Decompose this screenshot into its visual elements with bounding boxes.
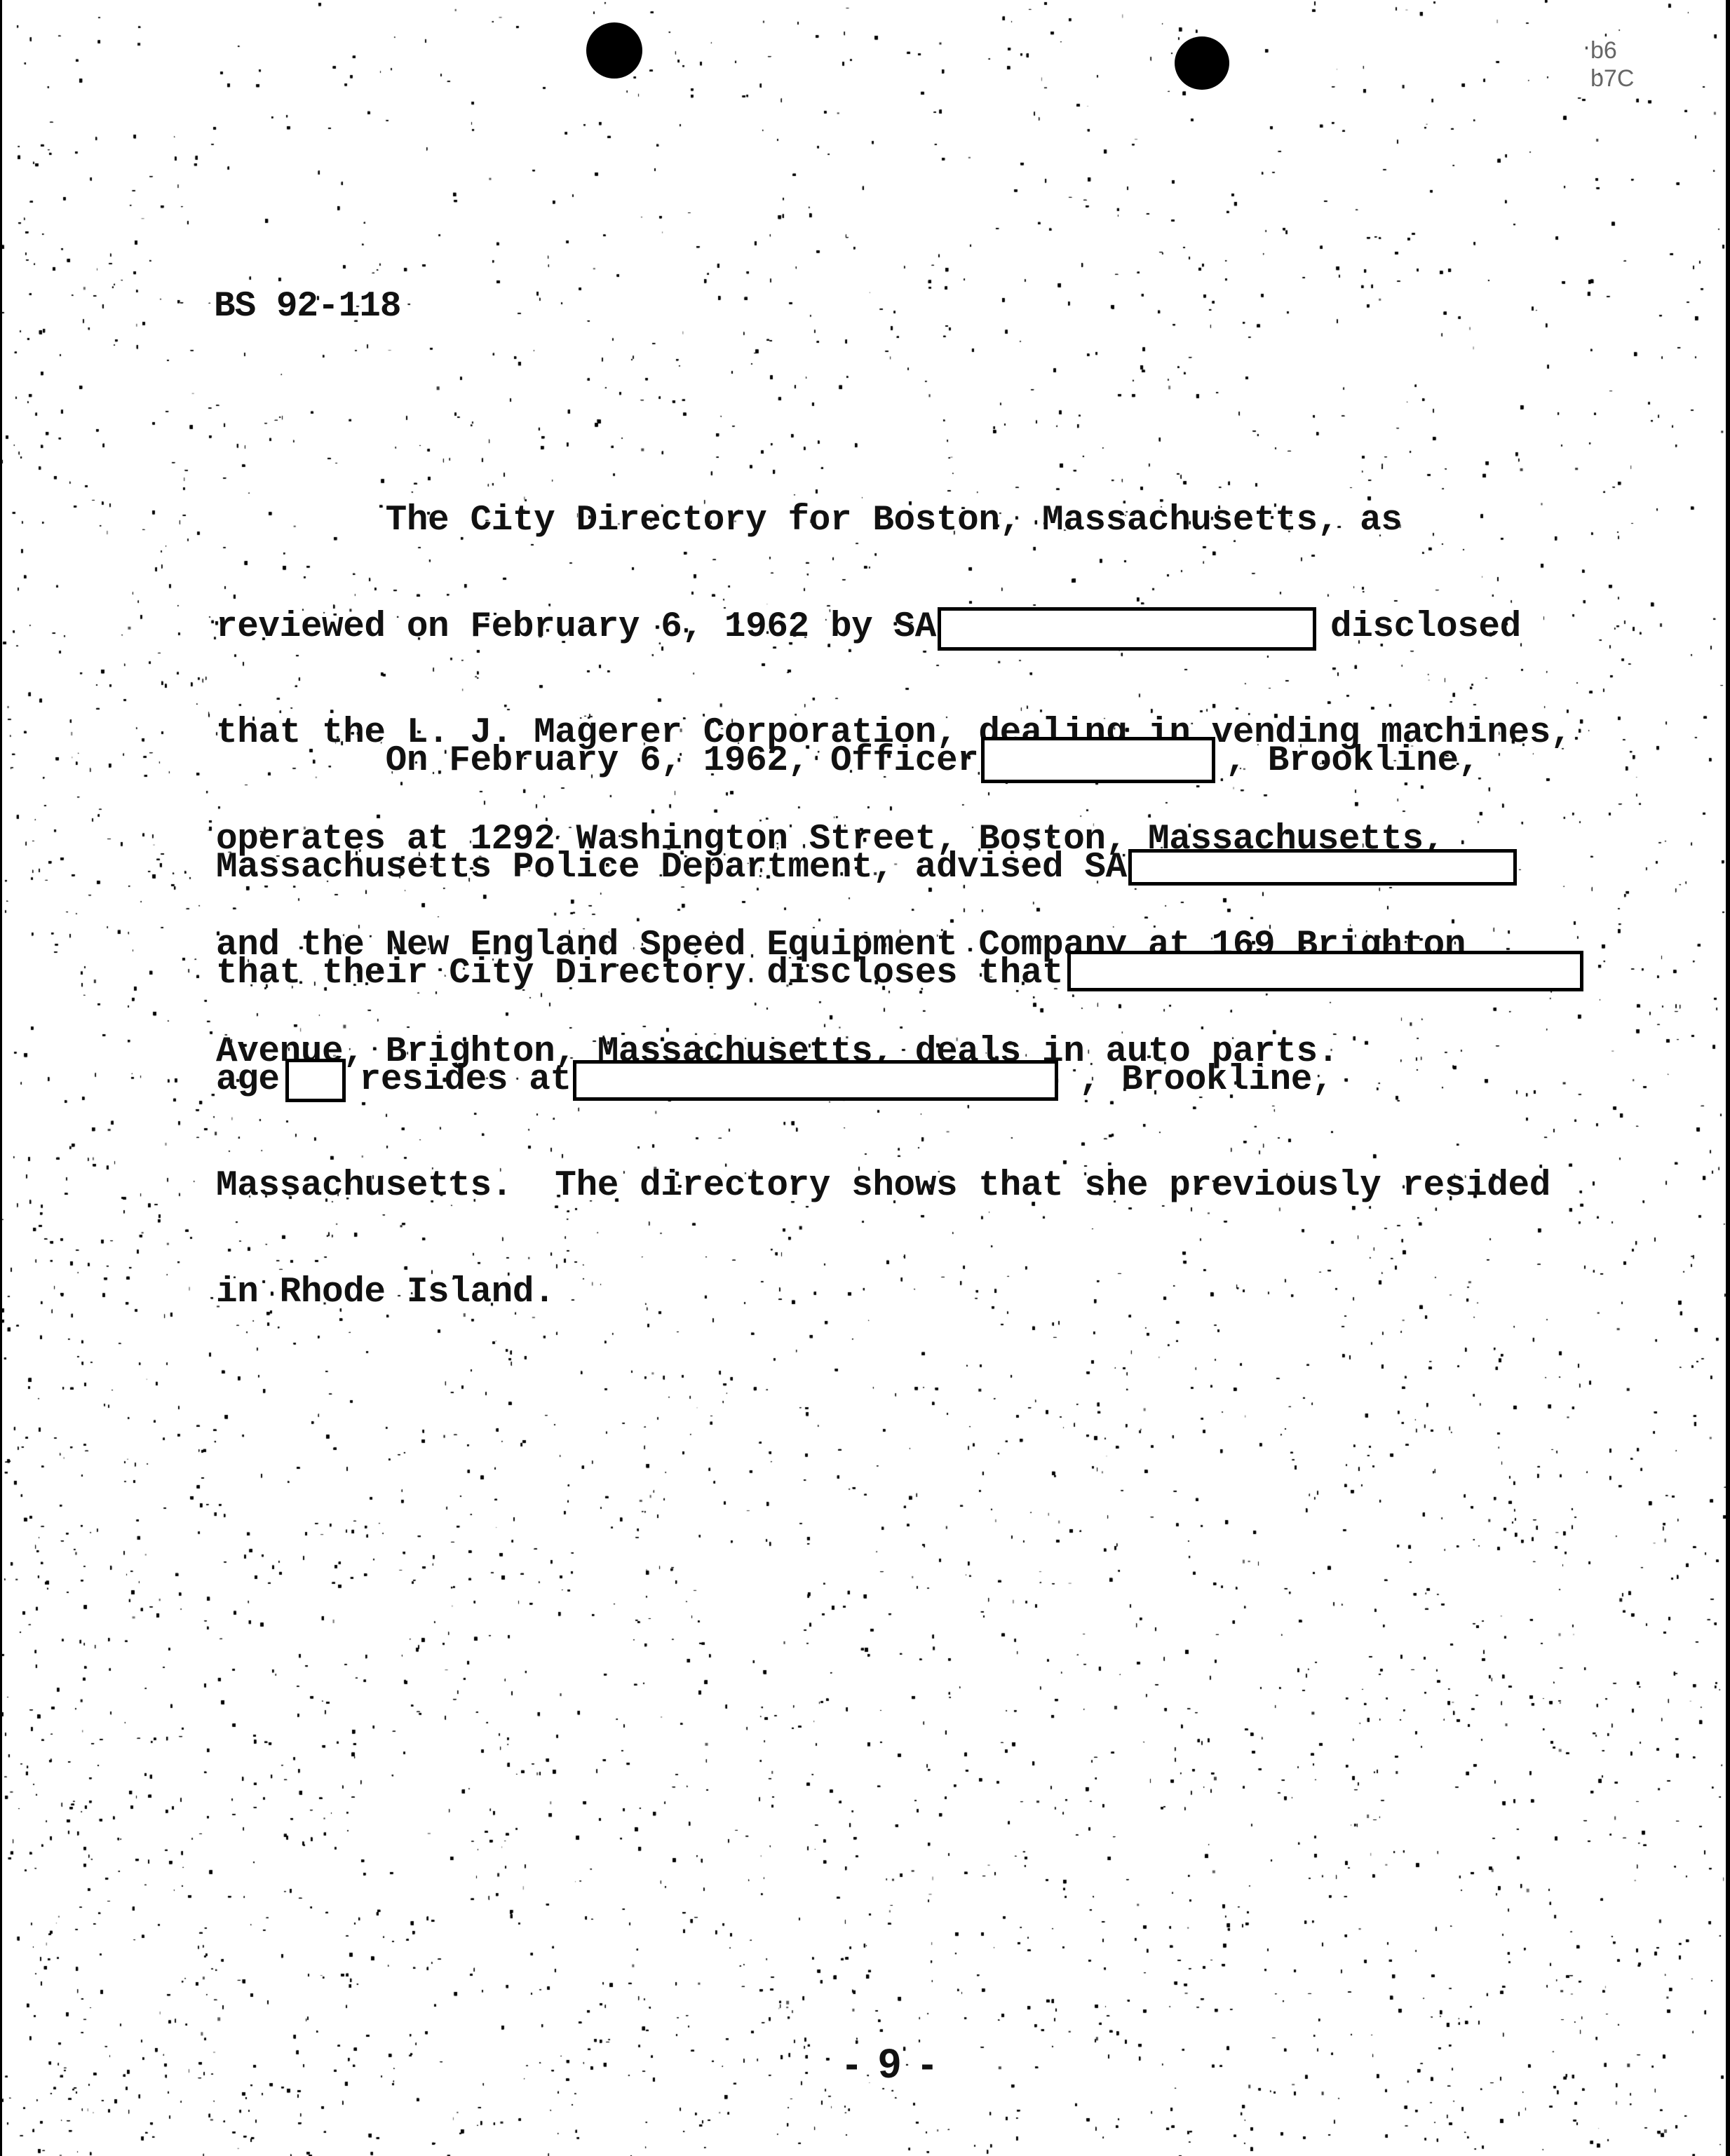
file-number: BS 92-118 xyxy=(214,286,400,328)
text-segment: age xyxy=(216,1060,280,1100)
redaction-box-officer-name xyxy=(981,737,1215,783)
scan-edge-right xyxy=(1726,0,1730,2156)
text-line: The City Directory for Boston, Massachus… xyxy=(216,503,1572,539)
text-segment: resides at xyxy=(360,1060,572,1100)
text-line: Massachusetts. The directory shows that … xyxy=(216,1169,1583,1205)
text-line: in Rhode Island. xyxy=(216,1275,1583,1311)
text-segment: Massachusetts Police Department, advised… xyxy=(216,848,1127,888)
page-number: - 9 - xyxy=(845,2040,938,2087)
scan-edge-left xyxy=(0,0,2,2156)
redaction-box-agent-name xyxy=(938,607,1316,651)
text-segment: reviewed on February 6, 1962 by SA xyxy=(216,607,936,647)
redaction-box-address xyxy=(573,1060,1058,1101)
text-segment: On February 6, 1962, Officer xyxy=(216,741,978,781)
exemption-code-b7c: b7C xyxy=(1590,65,1634,93)
binder-hole-right xyxy=(1175,36,1229,90)
text-segment: The City Directory for Boston, Massachus… xyxy=(216,501,1402,541)
foia-exemption-codes: b6 b7C xyxy=(1590,36,1634,93)
redaction-box-subject-name xyxy=(1067,951,1583,991)
text-segment: that their City Directory discloses that xyxy=(216,954,1063,994)
text-segment: Massachusetts. The directory shows that … xyxy=(216,1166,1550,1206)
paragraph-brookline-police: On February 6, 1962, Officer, Brookline,… xyxy=(216,673,1583,1346)
text-segment: disclosed xyxy=(1330,607,1521,647)
exemption-code-b6: b6 xyxy=(1590,36,1634,65)
redaction-box-agent-name xyxy=(1128,849,1517,886)
text-line: that their City Directory discloses that xyxy=(216,956,1583,992)
binder-hole-left xyxy=(586,22,642,79)
text-segment: , Brookline, xyxy=(1225,741,1479,781)
redaction-box-age xyxy=(285,1059,346,1102)
text-line: reviewed on February 6, 1962 by SAdisclo… xyxy=(216,610,1572,646)
text-segment: , Brookline, xyxy=(1079,1060,1333,1100)
text-line: ageresides at, Brookline, xyxy=(216,1063,1583,1099)
text-line: Massachusetts Police Department, advised… xyxy=(216,850,1583,886)
text-line: On February 6, 1962, Officer, Brookline, xyxy=(216,744,1583,780)
text-segment: in Rhode Island. xyxy=(216,1273,555,1313)
